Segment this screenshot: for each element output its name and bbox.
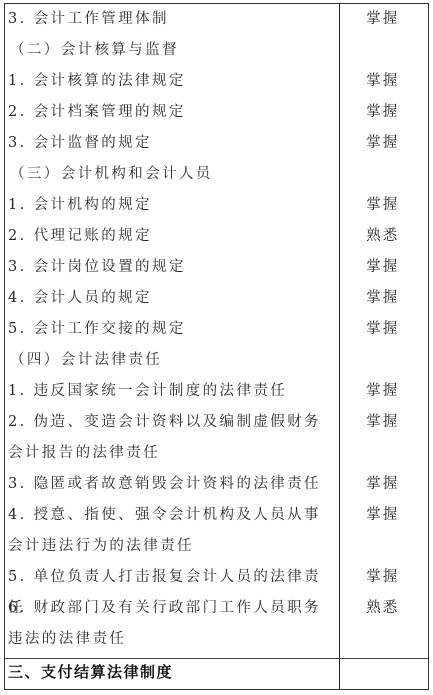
topic-cell: 3. 会计工作管理体制 [5, 4, 337, 35]
table-row: 1. 会计机构的规定 掌握 [5, 190, 428, 221]
topic-cell: 6. 财政部门及有关行政部门工作人员职务违法的法律责任 [5, 593, 337, 654]
table-row: 4. 授意、指使、强令会计机构及人员从事会计违法行为的法律责任 掌握 [5, 500, 428, 562]
level-cell: 掌握 [337, 66, 428, 97]
level-cell: 掌握 [337, 562, 428, 593]
level-cell: 掌握 [337, 376, 428, 407]
level-cell: 掌握 [337, 128, 428, 159]
level-cell [337, 345, 428, 376]
table-row: 3. 隐匿或者故意销毁会计资料的法律责任 掌握 [5, 469, 428, 500]
level-cell: 掌握 [337, 97, 428, 128]
subheading-cell: （四）会计法律责任 [5, 345, 337, 376]
level-cell: 掌握 [337, 4, 428, 35]
table-row-subheading: （三）会计机构和会计人员 [5, 159, 428, 190]
topic-cell: 1. 违反国家统一会计制度的法律责任 [5, 376, 337, 407]
topic-cell: 2. 伪造、变造会计资料以及编制虚假财务会计报告的法律责任 [5, 407, 337, 469]
level-cell: 掌握 [337, 469, 428, 500]
table-row: 3. 会计工作管理体制 掌握 [5, 4, 428, 35]
level-cell [337, 654, 428, 687]
table-row: 5. 会计工作交接的规定 掌握 [5, 314, 428, 345]
section-heading-cell: 三、支付结算法律制度 [5, 654, 337, 687]
subheading-cell: （三）会计机构和会计人员 [5, 159, 337, 190]
table-row: 2. 伪造、变造会计资料以及编制虚假财务会计报告的法律责任 掌握 [5, 407, 428, 469]
topic-cell: 4. 会计人员的规定 [5, 283, 337, 314]
level-cell: 掌握 [337, 500, 428, 562]
table-row: 1. 会计核算的法律规定 掌握 [5, 66, 428, 97]
topic-cell: 5. 单位负责人打击报复会计人员的法律责任 [5, 562, 337, 593]
table-row: 3. 会计岗位设置的规定 掌握 [5, 252, 428, 283]
subheading-cell: （二）会计核算与监督 [5, 35, 337, 66]
table-row: 4. 会计人员的规定 掌握 [5, 283, 428, 314]
topic-cell: 3. 会计监督的规定 [5, 128, 337, 159]
level-cell [337, 159, 428, 190]
table-row: 3. 会计监督的规定 掌握 [5, 128, 428, 159]
topic-cell: 2. 会计档案管理的规定 [5, 97, 337, 128]
level-cell: 掌握 [337, 283, 428, 314]
topic-cell: 2. 代理记账的规定 [5, 221, 337, 252]
level-cell: 掌握 [337, 252, 428, 283]
table-row: 2. 会计档案管理的规定 掌握 [5, 97, 428, 128]
table-body: 3. 会计工作管理体制 掌握 （二）会计核算与监督 1. 会计核算的法律规定 掌… [5, 4, 428, 687]
level-cell: 熟悉 [337, 593, 428, 654]
topic-cell: 3. 会计岗位设置的规定 [5, 252, 337, 283]
level-cell: 掌握 [337, 190, 428, 221]
table-row: 2. 代理记账的规定 熟悉 [5, 221, 428, 252]
table-row-subheading: （二）会计核算与监督 [5, 35, 428, 66]
topic-cell: 3. 隐匿或者故意销毁会计资料的法律责任 [5, 469, 337, 500]
topic-cell: 4. 授意、指使、强令会计机构及人员从事会计违法行为的法律责任 [5, 500, 337, 562]
table-row-section: 三、支付结算法律制度 [5, 654, 428, 687]
table-row-subheading: （四）会计法律责任 [5, 345, 428, 376]
level-cell: 掌握 [337, 314, 428, 345]
table-row: 5. 单位负责人打击报复会计人员的法律责任 掌握 [5, 562, 428, 593]
level-cell [337, 35, 428, 66]
topic-cell: 1. 会计核算的法律规定 [5, 66, 337, 97]
table-row: 1. 违反国家统一会计制度的法律责任 掌握 [5, 376, 428, 407]
table-row: 6. 财政部门及有关行政部门工作人员职务违法的法律责任 熟悉 [5, 593, 428, 654]
syllabus-table: 3. 会计工作管理体制 掌握 （二）会计核算与监督 1. 会计核算的法律规定 掌… [4, 3, 429, 690]
topic-cell: 1. 会计机构的规定 [5, 190, 337, 221]
topic-cell: 5. 会计工作交接的规定 [5, 314, 337, 345]
level-cell: 熟悉 [337, 221, 428, 252]
level-cell: 掌握 [337, 407, 428, 469]
